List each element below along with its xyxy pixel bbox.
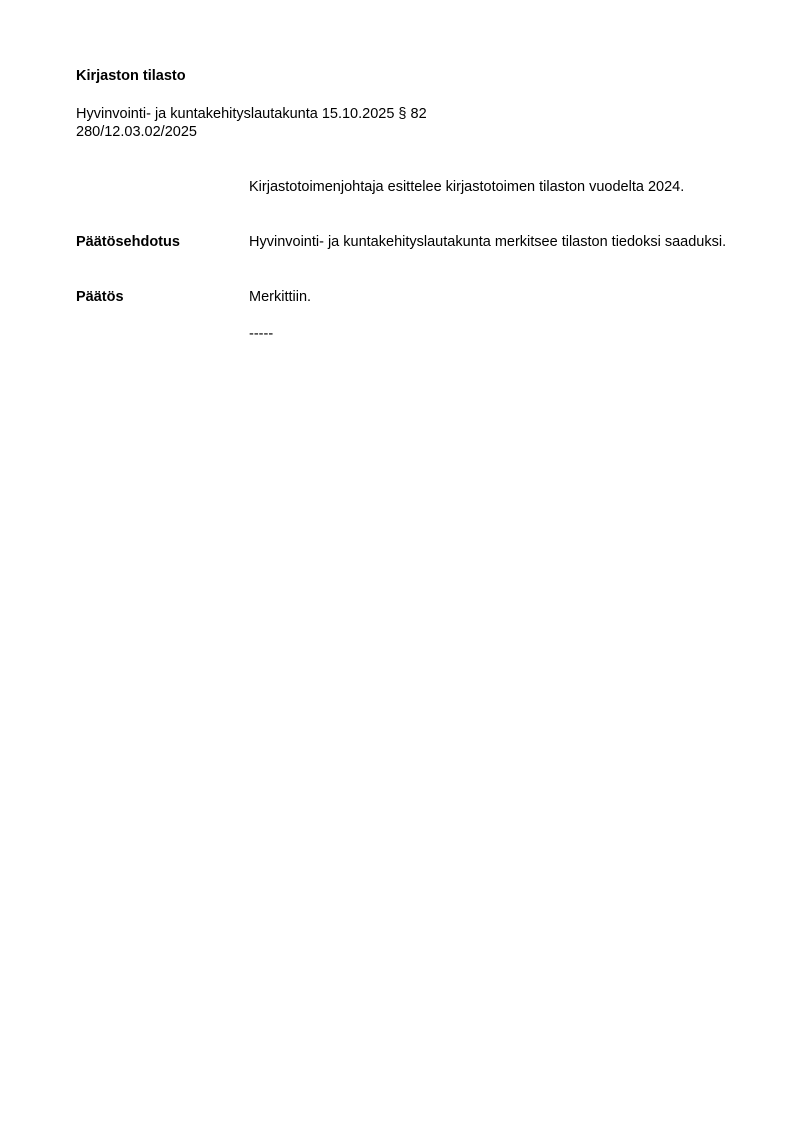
record-number: 280/12.03.02/2025 bbox=[76, 124, 197, 141]
intro-text: Kirjastotoimenjohtaja esittelee kirjasto… bbox=[249, 179, 684, 196]
proposal-label: Päätösehdotus bbox=[76, 234, 180, 251]
decision-label: Päätös bbox=[76, 289, 124, 306]
document-title: Kirjaston tilasto bbox=[76, 68, 186, 85]
proposal-text: Hyvinvointi- ja kuntakehityslautakunta m… bbox=[249, 234, 729, 251]
separator: ----- bbox=[249, 326, 273, 343]
meeting-line: Hyvinvointi- ja kuntakehityslautakunta 1… bbox=[76, 106, 427, 123]
decision-text: Merkittiin. bbox=[249, 289, 729, 306]
